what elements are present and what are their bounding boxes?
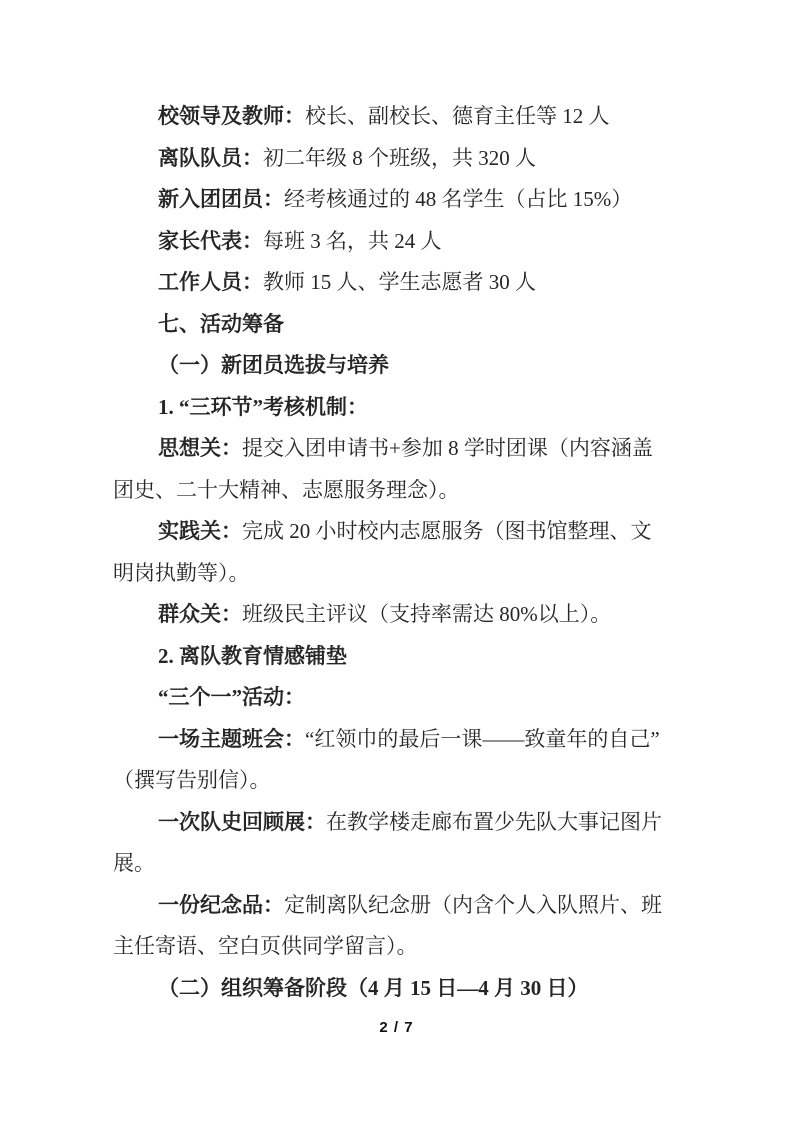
line-text: 提交入团申请书+参加 8 学时团课（内容涵盖	[242, 436, 653, 460]
line-label: 一场主题班会：	[158, 727, 305, 751]
document-line: （撰写告别信）。	[113, 760, 683, 802]
line-text: 经考核通过的 48 名学生（占比 15%）	[284, 187, 632, 211]
line-label: 离队队员：	[158, 146, 263, 170]
line-text: 教师 15 人、学生志愿者 30 人	[263, 270, 536, 294]
line-label: （二）组织筹备阶段（4 月 15 日—4 月 30 日）	[158, 976, 589, 1000]
document-line: 群众关：班级民主评议（支持率需达 80%以上）。	[113, 594, 683, 636]
line-text: 主任寄语、空白页供同学留言）。	[113, 934, 418, 958]
line-label: 群众关：	[158, 602, 242, 626]
line-label: （一）新团员选拔与培养	[158, 353, 389, 377]
line-label: 思想关：	[158, 436, 242, 460]
line-text: 每班 3 名，共 24 人	[263, 229, 442, 253]
document-line: 一场主题班会：“红领巾的最后一课——致童年的自己”	[113, 719, 683, 761]
page-footer: 2 / 7	[0, 1019, 793, 1037]
line-text: （撰写告别信）。	[113, 768, 271, 792]
line-label: 新入团团员：	[158, 187, 284, 211]
line-text: 定制离队纪念册（内含个人入队照片、班	[284, 893, 662, 917]
document-line: 团史、二十大精神、志愿服务理念）。	[113, 470, 683, 512]
document-page: 校领导及教师：校长、副校长、德育主任等 12 人离队队员：初二年级 8 个班级，…	[0, 0, 793, 1122]
line-text: 班级民主评议（支持率需达 80%以上）。	[242, 602, 611, 626]
document-line: 一次队史回顾展：在教学楼走廊布置少先队大事记图片	[113, 802, 683, 844]
document-line: （二）组织筹备阶段（4 月 15 日—4 月 30 日）	[113, 968, 683, 1010]
document-line: 一份纪念品：定制离队纪念册（内含个人入队照片、班	[113, 885, 683, 927]
document-line: 实践关：完成 20 小时校内志愿服务（图书馆整理、文	[113, 511, 683, 553]
line-text: “红领巾的最后一课——致童年的自己”	[305, 727, 660, 751]
document-line: 展。	[113, 843, 683, 885]
line-label: 1. “三环节”考核机制：	[158, 395, 368, 419]
line-text: 明岗执勤等）。	[113, 561, 250, 585]
document-line: 离队队员：初二年级 8 个班级，共 320 人	[113, 138, 683, 180]
line-label: 工作人员：	[158, 270, 263, 294]
line-label: 2. 离队教育情感铺垫	[158, 644, 347, 668]
line-text: 在教学楼走廊布置少先队大事记图片	[326, 810, 662, 834]
line-text: 团史、二十大精神、志愿服务理念）。	[113, 478, 460, 502]
line-label: 校领导及教师：	[158, 104, 305, 128]
line-text: 校长、副校长、德育主任等 12 人	[305, 104, 610, 128]
document-line: 工作人员：教师 15 人、学生志愿者 30 人	[113, 262, 683, 304]
line-text: 完成 20 小时校内志愿服务（图书馆整理、文	[242, 519, 652, 543]
document-line: 明岗执勤等）。	[113, 553, 683, 595]
page-number: 2 / 7	[379, 1019, 413, 1036]
line-label: 一份纪念品：	[158, 893, 284, 917]
line-text: 展。	[113, 851, 155, 875]
document-line: “三个一”活动：	[113, 677, 683, 719]
line-label: 七、活动筹备	[158, 312, 284, 336]
document-lines: 校领导及教师：校长、副校长、德育主任等 12 人离队队员：初二年级 8 个班级，…	[113, 96, 683, 1009]
line-label: “三个一”活动：	[158, 685, 305, 709]
document-line: 新入团团员：经考核通过的 48 名学生（占比 15%）	[113, 179, 683, 221]
line-text: 初二年级 8 个班级，共 320 人	[263, 146, 536, 170]
line-label: 实践关：	[158, 519, 242, 543]
document-line: 2. 离队教育情感铺垫	[113, 636, 683, 678]
document-line: 主任寄语、空白页供同学留言）。	[113, 926, 683, 968]
line-label: 家长代表：	[158, 229, 263, 253]
document-line: 七、活动筹备	[113, 304, 683, 346]
document-line: 思想关：提交入团申请书+参加 8 学时团课（内容涵盖	[113, 428, 683, 470]
document-line: （一）新团员选拔与培养	[113, 345, 683, 387]
document-line: 1. “三环节”考核机制：	[113, 387, 683, 429]
document-line: 校领导及教师：校长、副校长、德育主任等 12 人	[113, 96, 683, 138]
line-label: 一次队史回顾展：	[158, 810, 326, 834]
document-line: 家长代表：每班 3 名，共 24 人	[113, 221, 683, 263]
